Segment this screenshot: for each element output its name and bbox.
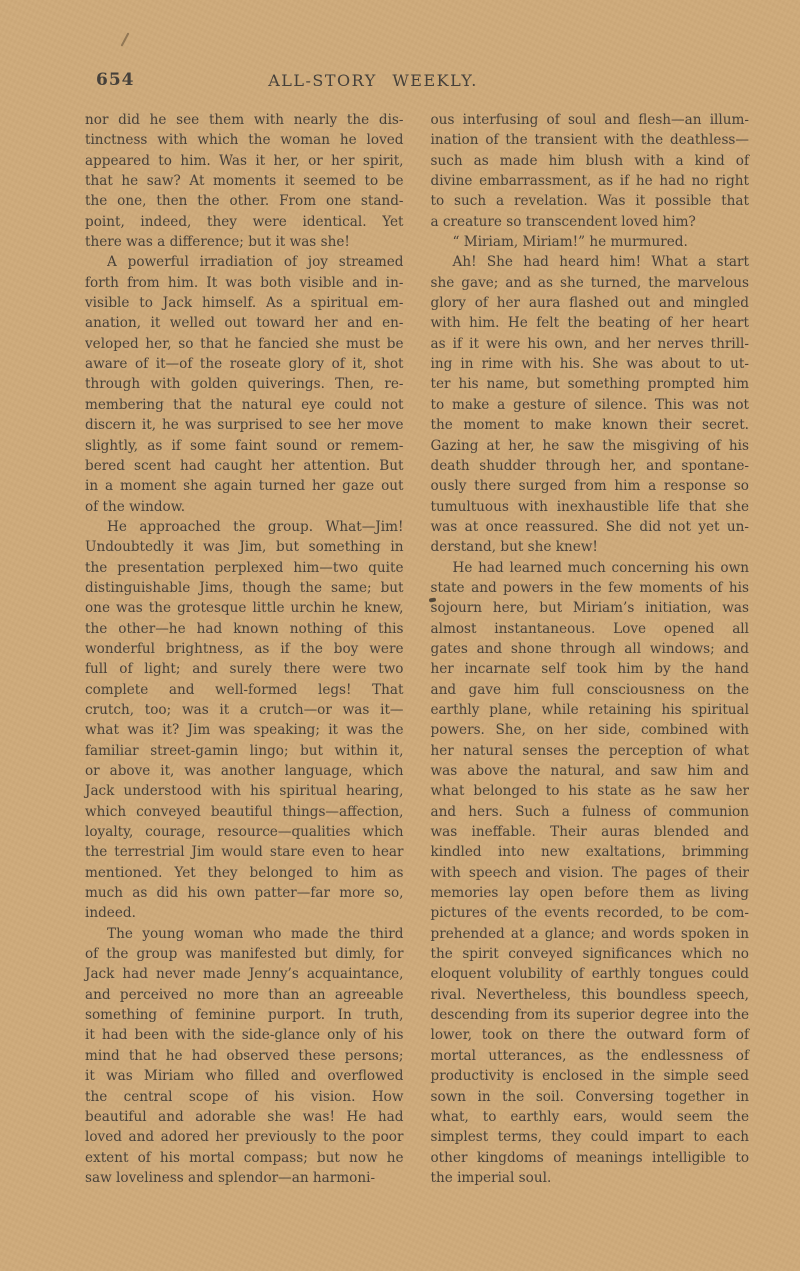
text-line: Jack understood with his spiritual heari… bbox=[85, 781, 404, 801]
text-line: eloquent volubility of earthly tongues c… bbox=[431, 964, 750, 984]
text-body: nor did he see them with nearly the dis-… bbox=[85, 110, 749, 1188]
text-line: kindled into new exaltations, brimming bbox=[431, 842, 750, 862]
text-line: state and powers in the few moments of h… bbox=[431, 578, 750, 598]
text-line: glory of her aura flashed out and mingle… bbox=[431, 293, 750, 313]
text-line: aware of it—of the roseate glory of it, … bbox=[85, 354, 404, 374]
text-line: discern it, he was surprised to see her … bbox=[85, 415, 404, 435]
text-line: loved and adored her previously to the p… bbox=[85, 1127, 404, 1147]
paragraph: He had learned much concerning his ownst… bbox=[431, 558, 750, 1189]
paragraph: ous interfusing of soul and flesh—an ill… bbox=[431, 110, 750, 232]
text-line: other kingdoms of meanings intelligible … bbox=[431, 1148, 750, 1168]
text-line: the terrestrial Jim would stare even to … bbox=[85, 842, 404, 862]
text-line: what, to earthly ears, would seem the bbox=[431, 1107, 750, 1127]
text-line: was ineffable. Their auras blended and bbox=[431, 822, 750, 842]
paragraph: “ Miriam, Miriam!” he murmured. bbox=[431, 232, 750, 252]
text-line: descending from its superior degree into… bbox=[431, 1005, 750, 1025]
text-line: nor did he see them with nearly the dis- bbox=[85, 110, 404, 130]
text-line: ous interfusing of soul and flesh—an ill… bbox=[431, 110, 750, 130]
text-line: almost instantaneous. Love opened all bbox=[431, 619, 750, 639]
text-line: a creature so transcendent loved him? bbox=[431, 212, 750, 232]
text-line: mentioned. Yet they belonged to him as bbox=[85, 863, 404, 883]
text-line: was at once reassured. She did not yet u… bbox=[431, 517, 750, 537]
text-line: slightly, as if some faint sound or reme… bbox=[85, 436, 404, 456]
text-line: ter his name, but something prompted him bbox=[431, 374, 750, 394]
text-line: earthly plane, while retaining his spiri… bbox=[431, 700, 750, 720]
text-line: membering that the natural eye could not bbox=[85, 395, 404, 415]
text-line: wonderful brightness, as if the boy were bbox=[85, 639, 404, 659]
text-line: sojourn here, but Miriam’s initiation, w… bbox=[431, 598, 750, 618]
text-line: ing in rime with his. She was about to u… bbox=[431, 354, 750, 374]
text-line: sown in the soil. Conversing together in bbox=[431, 1087, 750, 1107]
text-line: of the window. bbox=[85, 497, 404, 517]
text-line: Ah! She had heard him! What a start bbox=[431, 252, 750, 272]
text-line: tumultuous with inexhaustible life that … bbox=[431, 497, 750, 517]
text-line: rival. Nevertheless, this boundless spee… bbox=[431, 985, 750, 1005]
text-line: what was it? Jim was speaking; it was th… bbox=[85, 720, 404, 740]
text-line: beautiful and adorable she was! He had bbox=[85, 1107, 404, 1127]
text-line: anation, it welled out toward her and en… bbox=[85, 313, 404, 333]
text-line: the spirit conveyed significances which … bbox=[431, 944, 750, 964]
page-header: 654 ALL-STORY WEEKLY. bbox=[0, 70, 800, 96]
text-line: familiar street-gamin lingo; but within … bbox=[85, 741, 404, 761]
paragraph: The young woman who made the thirdof the… bbox=[85, 924, 404, 1188]
text-line: Gazing at her, he saw the misgiving of h… bbox=[431, 436, 750, 456]
text-line: powers. She, on her side, combined with bbox=[431, 720, 750, 740]
text-line: memories lay open before them as living bbox=[431, 883, 750, 903]
text-line: and hers. Such a fulness of communion bbox=[431, 802, 750, 822]
text-line: full of light; and surely there were two bbox=[85, 659, 404, 679]
text-line: of the group was manifested but dimly, f… bbox=[85, 944, 404, 964]
text-line: productivity is enclosed in the simple s… bbox=[431, 1066, 750, 1086]
text-line: A powerful irradiation of joy streamed bbox=[85, 252, 404, 272]
text-line: one was the grotesque little urchin he k… bbox=[85, 598, 404, 618]
text-line: or above it, was another language, which bbox=[85, 761, 404, 781]
text-line: which conveyed beautiful things—affectio… bbox=[85, 802, 404, 822]
text-line: complete and well-formed legs! That bbox=[85, 680, 404, 700]
text-line: lower, took on there the outward form of bbox=[431, 1025, 750, 1045]
text-line: Jack had never made Jenny’s acquaintance… bbox=[85, 964, 404, 984]
paragraph: A powerful irradiation of joy streamedfo… bbox=[85, 252, 404, 516]
text-line: forth from him. It was both visible and … bbox=[85, 273, 404, 293]
text-line: the presentation perplexed him—two quite bbox=[85, 558, 404, 578]
text-line: much as did his own patter—far more so, bbox=[85, 883, 404, 903]
text-line: the one, then the other. From one stand- bbox=[85, 191, 404, 211]
text-line: death shudder through her, and spontane- bbox=[431, 456, 750, 476]
text-line: mortal utterances, as the endlessness of bbox=[431, 1046, 750, 1066]
text-line: her natural senses the perception of wha… bbox=[431, 741, 750, 761]
text-line: The young woman who made the third bbox=[85, 924, 404, 944]
text-line: derstand, but she knew! bbox=[431, 537, 750, 557]
text-line: tinctness with which the woman he loved bbox=[85, 130, 404, 150]
text-line: divine embarrassment, as if he had no ri… bbox=[431, 171, 750, 191]
text-line: mind that he had observed these persons; bbox=[85, 1046, 404, 1066]
text-line: and perceived no more than an agreeable bbox=[85, 985, 404, 1005]
text-line: it was Miriam who filled and overflowed bbox=[85, 1066, 404, 1086]
text-line: she gave; and as she turned, the marvelo… bbox=[431, 273, 750, 293]
text-line: with speech and vision. The pages of the… bbox=[431, 863, 750, 883]
text-line: bered scent had caught her attention. Bu… bbox=[85, 456, 404, 476]
text-line: Undoubtedly it was Jim, but something in bbox=[85, 537, 404, 557]
text-line: what belonged to his state as he saw her bbox=[431, 781, 750, 801]
text-line: prehended at a glance; and words spoken … bbox=[431, 924, 750, 944]
text-line: extent of his mortal compass; but now he bbox=[85, 1148, 404, 1168]
text-line: gates and shone through all windows; and bbox=[431, 639, 750, 659]
text-line: “ Miriam, Miriam!” he murmured. bbox=[431, 232, 750, 252]
running-title: ALL-STORY WEEKLY. bbox=[0, 71, 746, 90]
paragraph: nor did he see them with nearly the dis-… bbox=[85, 110, 404, 252]
text-line: to such a revelation. Was it possible th… bbox=[431, 191, 750, 211]
text-line: distinguishable Jims, though the same; b… bbox=[85, 578, 404, 598]
text-line: ously there surged from him a response s… bbox=[431, 476, 750, 496]
pencil-mark bbox=[121, 32, 130, 46]
text-line: crutch, too; was it a crutch—or was it— bbox=[85, 700, 404, 720]
page-scan: 654 ALL-STORY WEEKLY. nor did he see the… bbox=[0, 0, 800, 1271]
text-line: that he saw? At moments it seemed to be bbox=[85, 171, 404, 191]
text-line: in a moment she again turned her gaze ou… bbox=[85, 476, 404, 496]
text-line: such as made him blush with a kind of bbox=[431, 151, 750, 171]
text-line: the moment to make known their secret. bbox=[431, 415, 750, 435]
text-line: visible to Jack himself. As a spiritual … bbox=[85, 293, 404, 313]
text-line: it had been with the side-glance only of… bbox=[85, 1025, 404, 1045]
text-line: with him. He felt the beating of her hea… bbox=[431, 313, 750, 333]
paragraph: He approached the group. What—Jim!Undoub… bbox=[85, 517, 404, 924]
text-line: there was a difference; but it was she! bbox=[85, 232, 404, 252]
text-line: point, indeed, they were identical. Yet bbox=[85, 212, 404, 232]
text-line: veloped her, so that he fancied she must… bbox=[85, 334, 404, 354]
right-column: ous interfusing of soul and flesh—an ill… bbox=[431, 110, 750, 1188]
text-line: simplest terms, they could impart to eac… bbox=[431, 1127, 750, 1147]
text-line: the central scope of his vision. How bbox=[85, 1087, 404, 1107]
text-line: pictures of the events recorded, to be c… bbox=[431, 903, 750, 923]
text-line: indeed. bbox=[85, 903, 404, 923]
text-line: through with golden quiverings. Then, re… bbox=[85, 374, 404, 394]
text-line: her incarnate self took him by the hand bbox=[431, 659, 750, 679]
text-line: He approached the group. What—Jim! bbox=[85, 517, 404, 537]
left-column: nor did he see them with nearly the dis-… bbox=[85, 110, 404, 1188]
text-line: as if it were his own, and her nerves th… bbox=[431, 334, 750, 354]
text-line: to make a gesture of silence. This was n… bbox=[431, 395, 750, 415]
text-line: appeared to him. Was it her, or her spir… bbox=[85, 151, 404, 171]
text-line: the imperial soul. bbox=[431, 1168, 750, 1188]
text-line: saw loveliness and splendor—an harmoni- bbox=[85, 1168, 404, 1188]
text-line: was above the natural, and saw him and bbox=[431, 761, 750, 781]
text-line: the other—he had known nothing of this bbox=[85, 619, 404, 639]
text-line: ination of the transient with the deathl… bbox=[431, 130, 750, 150]
text-line: and gave him full consciousness on the bbox=[431, 680, 750, 700]
text-line: something of feminine purport. In truth, bbox=[85, 1005, 404, 1025]
text-line: He had learned much concerning his own bbox=[431, 558, 750, 578]
paragraph: Ah! She had heard him! What a startshe g… bbox=[431, 252, 750, 557]
text-line: loyalty, courage, resource—qualities whi… bbox=[85, 822, 404, 842]
